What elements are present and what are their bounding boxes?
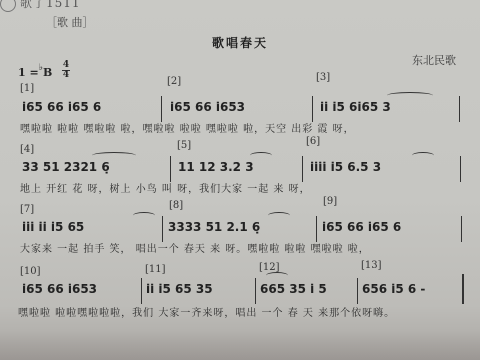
- measure-notes: i̇i̇i̇ i̇i̇ i̇5 65: [22, 220, 84, 234]
- measure-number: [8]: [169, 200, 183, 211]
- measure-notes: 33 51 2321 6̣: [22, 160, 110, 174]
- slur-mark: [92, 152, 136, 159]
- measure-number: [10]: [20, 266, 41, 277]
- time-numerator: 4: [62, 61, 70, 70]
- measure-notes: 11 12 3.2 3: [178, 160, 254, 174]
- song-origin: 东北民歌: [412, 52, 456, 68]
- measure-notes: i̇65 66 i̇65 6: [322, 220, 401, 234]
- measure-number: [5]: [177, 140, 191, 151]
- barline: [162, 216, 163, 242]
- final-barline: [462, 274, 464, 304]
- measure-number: [3]: [316, 72, 330, 83]
- measure-notes: i̇i̇ i̇5 65 35: [146, 282, 213, 296]
- lyrics-line: 嘿啦啦 啦啦 嘿啦啦 啦，嘿啦啦 啦啦 嘿啦啦 啦，天空 出彩 霞 呀，: [20, 120, 355, 135]
- lyrics-line: 地上 开红 花 呀，树上 小鸟 叫 呀，我们大家 一起 来 呀，: [20, 180, 311, 195]
- measure-number: [1]: [20, 83, 34, 94]
- page-header-remnant: 歌了1511: [0, 0, 81, 12]
- measure-number: [2]: [167, 76, 181, 87]
- barline: [357, 278, 358, 304]
- slur-mark: [250, 152, 272, 159]
- score-row-2: [4] [5] [6] 33 51 2321 6̣ 11 12 3.2 3 i̇…: [0, 138, 480, 198]
- barline: [302, 156, 303, 182]
- score-row-3: [7] [8] [9] i̇i̇i̇ i̇i̇ i̇5 65 3333 51 2…: [0, 198, 480, 258]
- measure-notes: 3333 51 2.1 6̣: [168, 220, 260, 234]
- lyrics-line: 嘿啦啦 啦啦嘿啦啦啦，我们 大家一齐来呀，唱出 一个 春 天 来那个依呀嗨。: [18, 304, 395, 319]
- barline: [170, 156, 171, 182]
- measure-notes: i̇i̇ i̇5 6i̇65 3: [320, 100, 458, 114]
- lyrics-line: 大家来 一起 拍手 笑， 唱出一个 春天 来 呀。嘿啦啦 啦啦 嘿啦啦 啦，: [20, 240, 370, 255]
- measure-number: [6]: [306, 136, 320, 147]
- slur-mark: [387, 92, 433, 99]
- barline: [161, 96, 162, 122]
- barline: [460, 156, 461, 182]
- measure-notes: i̇65 66 i̇65 6: [22, 100, 160, 114]
- slur-mark: [266, 272, 288, 279]
- score-row-1: [1] [2] [3] i̇65 66 i̇65 6 i̇65 66 i̇653…: [0, 76, 480, 136]
- song-title: 歌唱春天: [0, 34, 480, 51]
- measure-notes: i̇i̇i̇i̇ i̇5 6.5 3: [310, 160, 381, 174]
- slur-mark: [268, 212, 290, 219]
- measure-number: [7]: [20, 204, 34, 215]
- page-shadow: [0, 330, 480, 360]
- barline: [461, 216, 462, 242]
- score-row-4: [10] [11] [12] [13] i̇65 66 i̇653 i̇i̇ i…: [0, 262, 480, 322]
- measure-notes: 656 i̇5 6 -: [362, 282, 425, 296]
- measure-notes: 665 35 i̇ 5: [260, 282, 327, 296]
- barline: [255, 278, 256, 304]
- barline: [312, 96, 313, 122]
- section-tag: ［歌 曲］: [46, 14, 94, 30]
- measure-notes: i̇65 66 i̇653: [170, 100, 308, 114]
- slur-mark: [412, 152, 434, 159]
- music-score-page: 歌了1511 ［歌 曲］ 歌唱春天 东北民歌 1 =♭B 4 4 [1] [2]…: [0, 0, 480, 360]
- measure-number: [4]: [20, 144, 34, 155]
- measure-number: [13]: [361, 260, 382, 271]
- flat-symbol: ♭: [39, 63, 43, 73]
- slur-mark: [133, 212, 155, 219]
- page-number-circle: [0, 0, 16, 12]
- page-header-text: 歌了1511: [20, 0, 81, 10]
- barline: [316, 216, 317, 242]
- measure-number: [11]: [145, 264, 166, 275]
- measure-notes: i̇65 66 i̇653: [22, 282, 97, 296]
- measure-number: [9]: [323, 196, 337, 207]
- barline: [459, 96, 460, 122]
- barline: [141, 278, 142, 304]
